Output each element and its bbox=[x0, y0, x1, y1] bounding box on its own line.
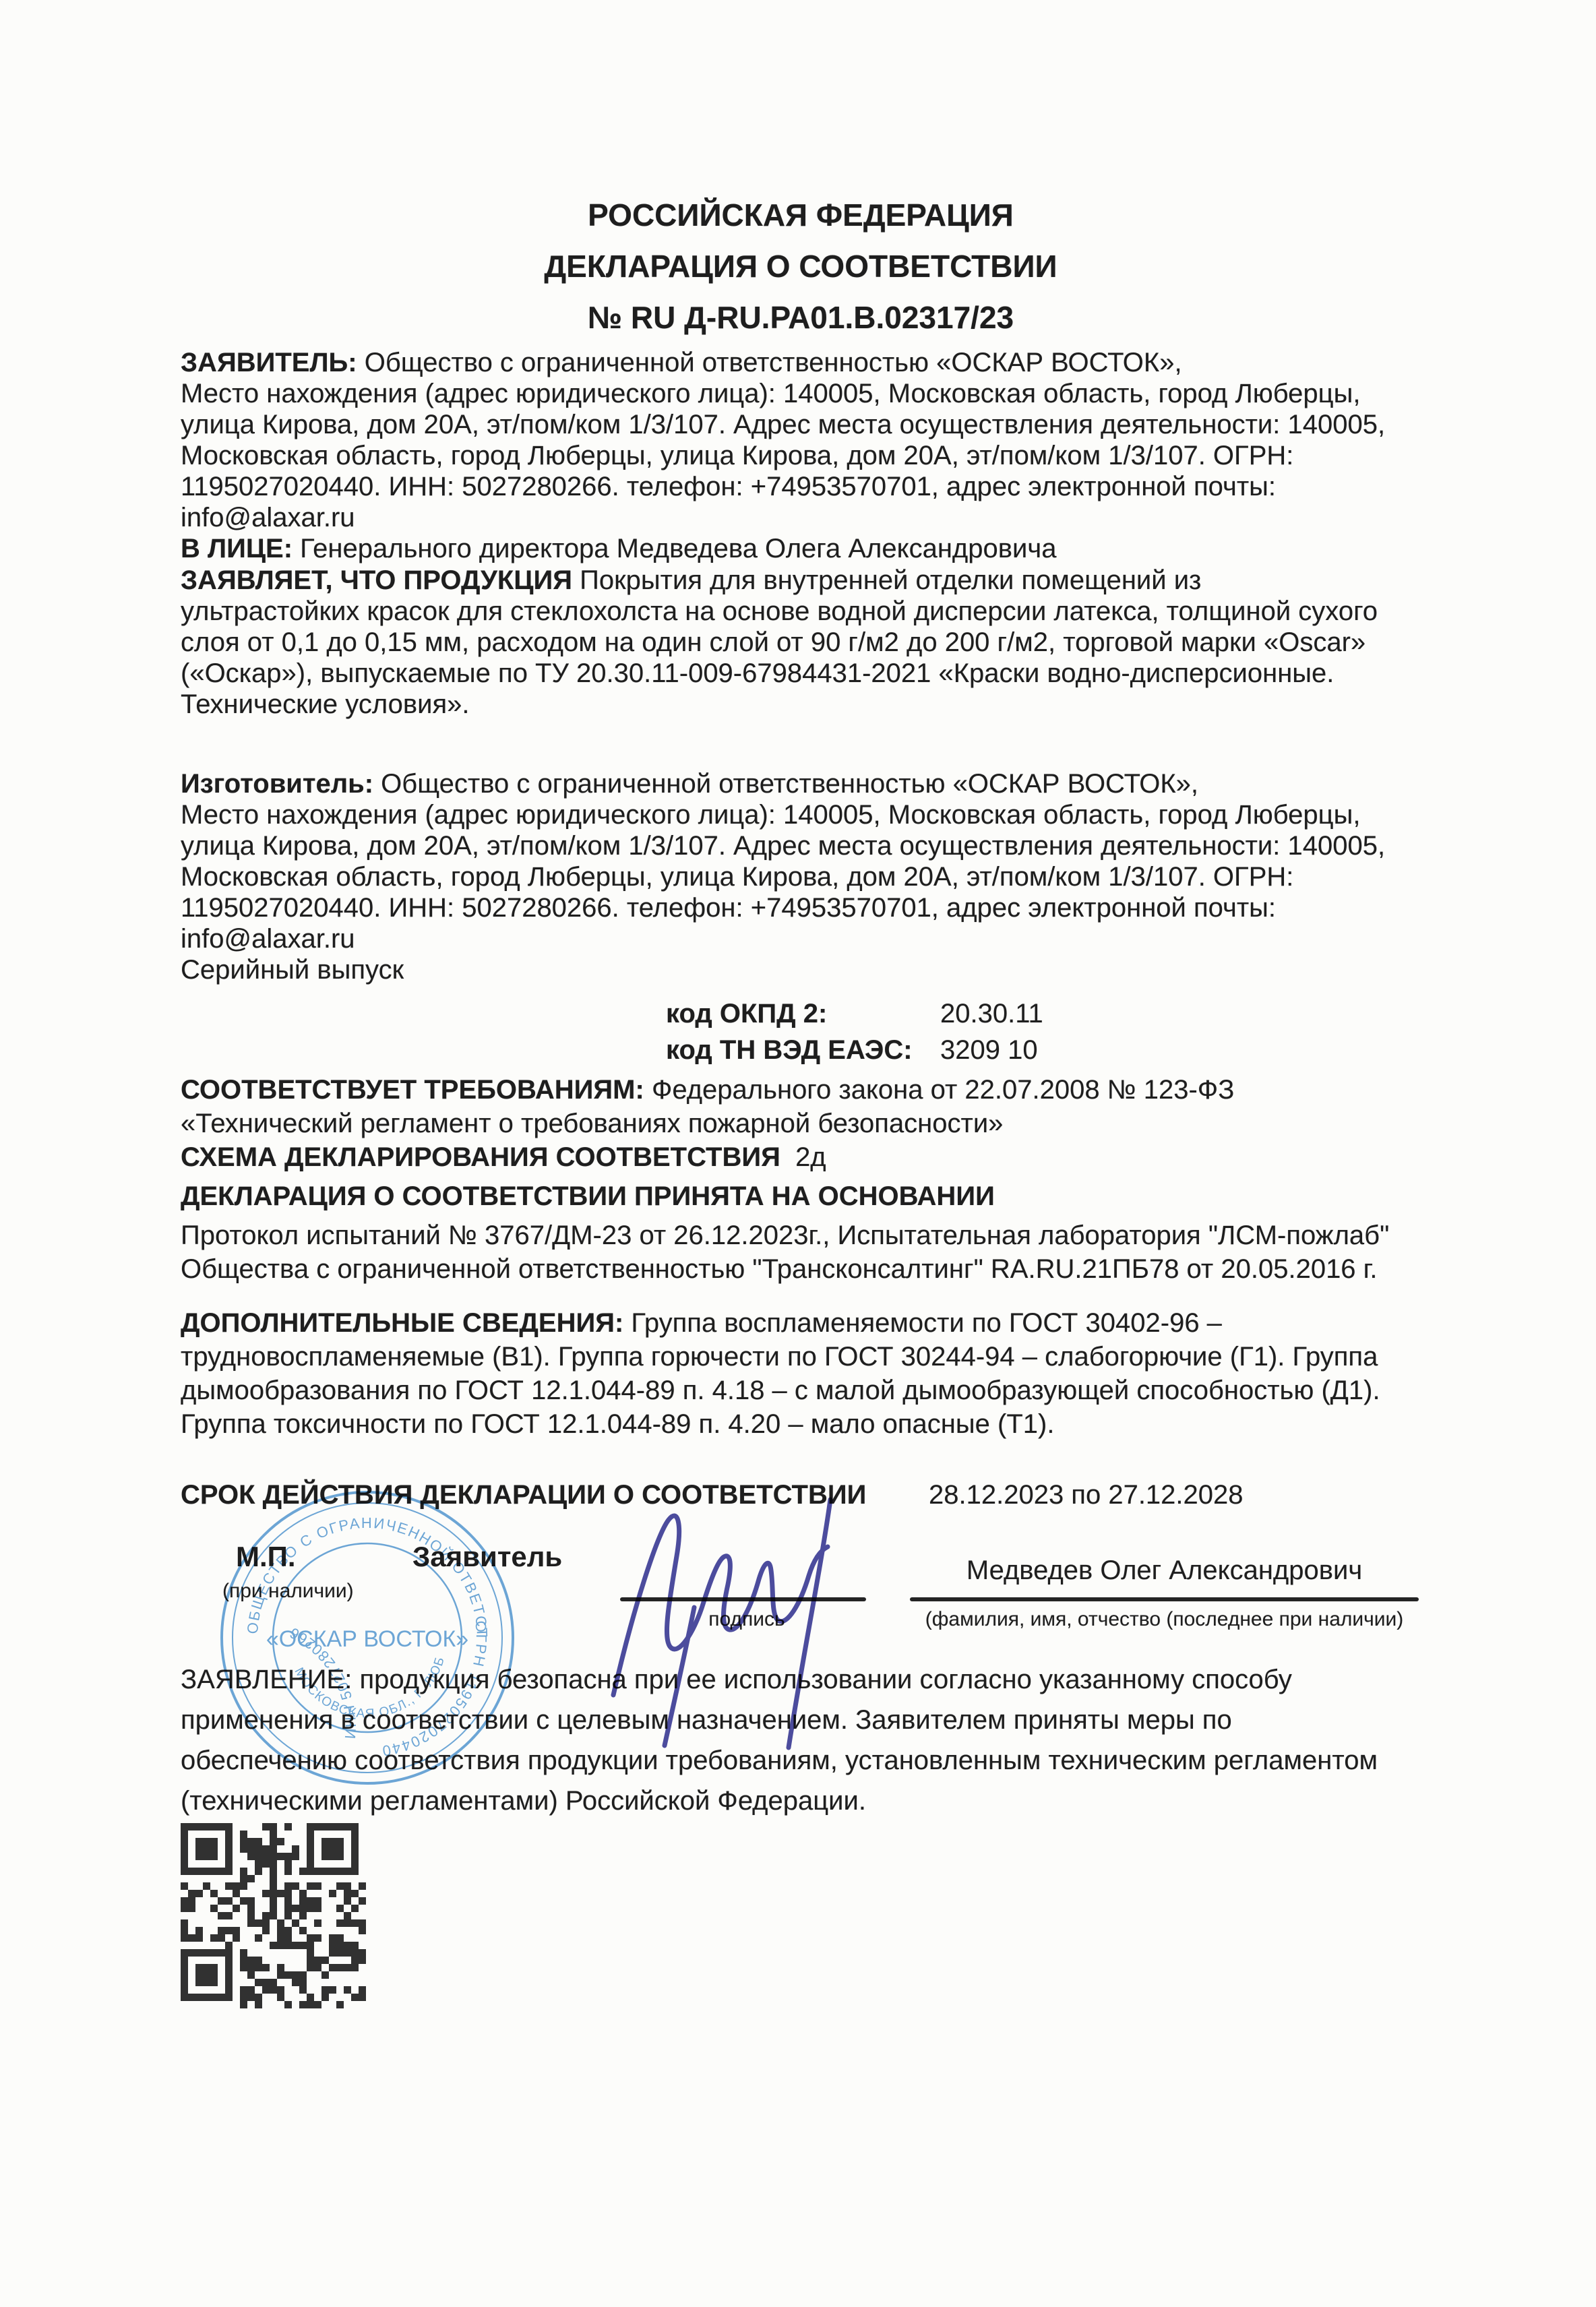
text-line: Общества с ограниченной ответственностью… bbox=[181, 1252, 1441, 1286]
text-line: («Оскар»), выпускаемые по ТУ 20.30.11-00… bbox=[181, 658, 1441, 689]
text-line: Московская область, город Люберцы, улица… bbox=[181, 440, 1441, 471]
text-line: Технические условия». bbox=[181, 689, 1441, 720]
applicant-email: info@alaxar.ru bbox=[181, 502, 1441, 533]
manufacturer-email: info@alaxar.ru bbox=[181, 923, 1441, 954]
text-line: ДОПОЛНИТЕЛЬНЫЕ СВЕДЕНИЯ: Группа воспламе… bbox=[181, 1306, 1441, 1340]
basis-heading-line: ДЕКЛАРАЦИЯ О СООТВЕТСТВИИ ПРИНЯТА НА ОСН… bbox=[181, 1181, 1441, 1212]
text-line: ЗАЯВЛЯЕТ, ЧТО ПРОДУКЦИЯ Покрытия для вну… bbox=[181, 565, 1441, 596]
text-line: ультрастойких красок для стеклохолста на… bbox=[181, 596, 1441, 627]
manufacturer-section: Изготовитель: Общество с ограниченной от… bbox=[181, 768, 1441, 985]
text-line: Группа токсичности по ГОСТ 12.1.044-89 п… bbox=[181, 1407, 1441, 1441]
text-line: улица Кирова, дом 20А, эт/пом/ком 1/3/10… bbox=[181, 409, 1441, 440]
text-line: ЗАЯВИТЕЛЬ: Общество с ограниченной ответ… bbox=[181, 347, 1441, 378]
text-line: трудновоспламеняемые (В1). Группа горюче… bbox=[181, 1340, 1441, 1374]
signer-name: Медведев Олег Александрович bbox=[910, 1556, 1419, 1586]
company-stamp: ОБЩЕСТВО С ОГРАНИЧЕННОЙ ОТВЕТСТВЕННОСТЬЮ… bbox=[216, 1486, 519, 1789]
additional-info-label: ДОПОЛНИТЕЛЬНЫЕ СВЕДЕНИЯ: bbox=[181, 1308, 623, 1338]
declaration-number: № RU Д-RU.РА01.В.02317/23 bbox=[181, 299, 1421, 336]
scheme-line: СХЕМА ДЕКЛАРИРОВАНИЯ СООТВЕТСТВИЯ 2д bbox=[181, 1142, 1441, 1173]
applicant-section: ЗАЯВИТЕЛЬ: Общество с ограниченной ответ… bbox=[181, 347, 1441, 533]
handwritten-signature bbox=[593, 1493, 944, 1756]
in-person-label: В ЛИЦЕ: bbox=[181, 534, 293, 563]
text-line: Место нахождения (адрес юридического лиц… bbox=[181, 799, 1441, 830]
text-line: улица Кирова, дом 20А, эт/пом/ком 1/3/10… bbox=[181, 830, 1441, 861]
text-line: «Технический регламент о требованиях пож… bbox=[181, 1107, 1441, 1140]
qr-code bbox=[181, 1823, 366, 2008]
text-line: 1195027020440. ИНН: 5027280266. телефон:… bbox=[181, 892, 1441, 923]
product-label: ЗАЯВЛЯЕТ, ЧТО ПРОДУКЦИЯ bbox=[181, 565, 572, 595]
text-line: 1195027020440. ИНН: 5027280266. телефон:… bbox=[181, 471, 1441, 502]
declaration-document: РОССИЙСКАЯ ФЕДЕРАЦИЯ ДЕКЛАРАЦИЯ О СООТВЕ… bbox=[0, 0, 1596, 2307]
tnved-code-row: код ТН ВЭД ЕАЭС: 3209 10 bbox=[181, 1035, 1441, 1066]
compliance-label: СООТВЕТСТВУЕТ ТРЕБОВАНИЯМ: bbox=[181, 1075, 644, 1105]
tnved-value: 3209 10 bbox=[940, 1035, 1038, 1066]
in-person-line: В ЛИЦЕ: Генерального директора Медведева… bbox=[181, 533, 1441, 564]
basis-section: Протокол испытаний № 3767/ДМ-23 от 26.12… bbox=[181, 1219, 1441, 1286]
validity-dates: 28.12.2023 по 27.12.2028 bbox=[929, 1480, 1244, 1510]
product-section: ЗАЯВЛЯЕТ, ЧТО ПРОДУКЦИЯ Покрытия для вну… bbox=[181, 565, 1441, 720]
manufacturer-label: Изготовитель: bbox=[181, 769, 373, 799]
okpd-label: код ОКПД 2: bbox=[666, 999, 827, 1029]
additional-info-section: ДОПОЛНИТЕЛЬНЫЕ СВЕДЕНИЯ: Группа воспламе… bbox=[181, 1306, 1441, 1441]
name-line bbox=[910, 1597, 1419, 1601]
text-line: слоя от 0,1 до 0,15 мм, расходом на один… bbox=[181, 627, 1441, 658]
text-line: Изготовитель: Общество с ограниченной от… bbox=[181, 768, 1441, 799]
text-line: Место нахождения (адрес юридического лиц… bbox=[181, 378, 1441, 409]
scheme-value: 2д bbox=[795, 1142, 826, 1172]
stamp-center-text: «ОСКАР ВОСТОК» bbox=[266, 1626, 468, 1652]
applicant-label: ЗАЯВИТЕЛЬ: bbox=[181, 348, 357, 377]
scheme-label: СХЕМА ДЕКЛАРИРОВАНИЯ СООТВЕТСТВИЯ bbox=[181, 1142, 780, 1172]
compliance-section: СООТВЕТСТВУЕТ ТРЕБОВАНИЯМ: Федерального … bbox=[181, 1073, 1441, 1140]
okpd-value: 20.30.11 bbox=[940, 999, 1043, 1029]
text-line: Московская область, город Люберцы, улица… bbox=[181, 861, 1441, 892]
text-line: дымообразования по ГОСТ 12.1.044-89 п. 4… bbox=[181, 1374, 1441, 1407]
serial-production-line: Серийный выпуск bbox=[181, 954, 1441, 985]
text-line: СООТВЕТСТВУЕТ ТРЕБОВАНИЯМ: Федерального … bbox=[181, 1073, 1441, 1107]
stamp-ring-text-top: ОБЩЕСТВО С ОГРАНИЧЕННОЙ ОТВЕТСТВЕННОСТЬЮ bbox=[216, 1486, 491, 1638]
document-title: ДЕКЛАРАЦИЯ О СООТВЕТСТВИИ bbox=[181, 248, 1421, 284]
text-line: Протокол испытаний № 3767/ДМ-23 от 26.12… bbox=[181, 1219, 1441, 1252]
okpd-code-row: код ОКПД 2: 20.30.11 bbox=[181, 999, 1441, 1030]
name-caption: (фамилия, имя, отчество (последнее при н… bbox=[910, 1608, 1419, 1631]
tnved-label: код ТН ВЭД ЕАЭС: bbox=[666, 1035, 913, 1066]
country-title: РОССИЙСКАЯ ФЕДЕРАЦИЯ bbox=[181, 197, 1421, 233]
